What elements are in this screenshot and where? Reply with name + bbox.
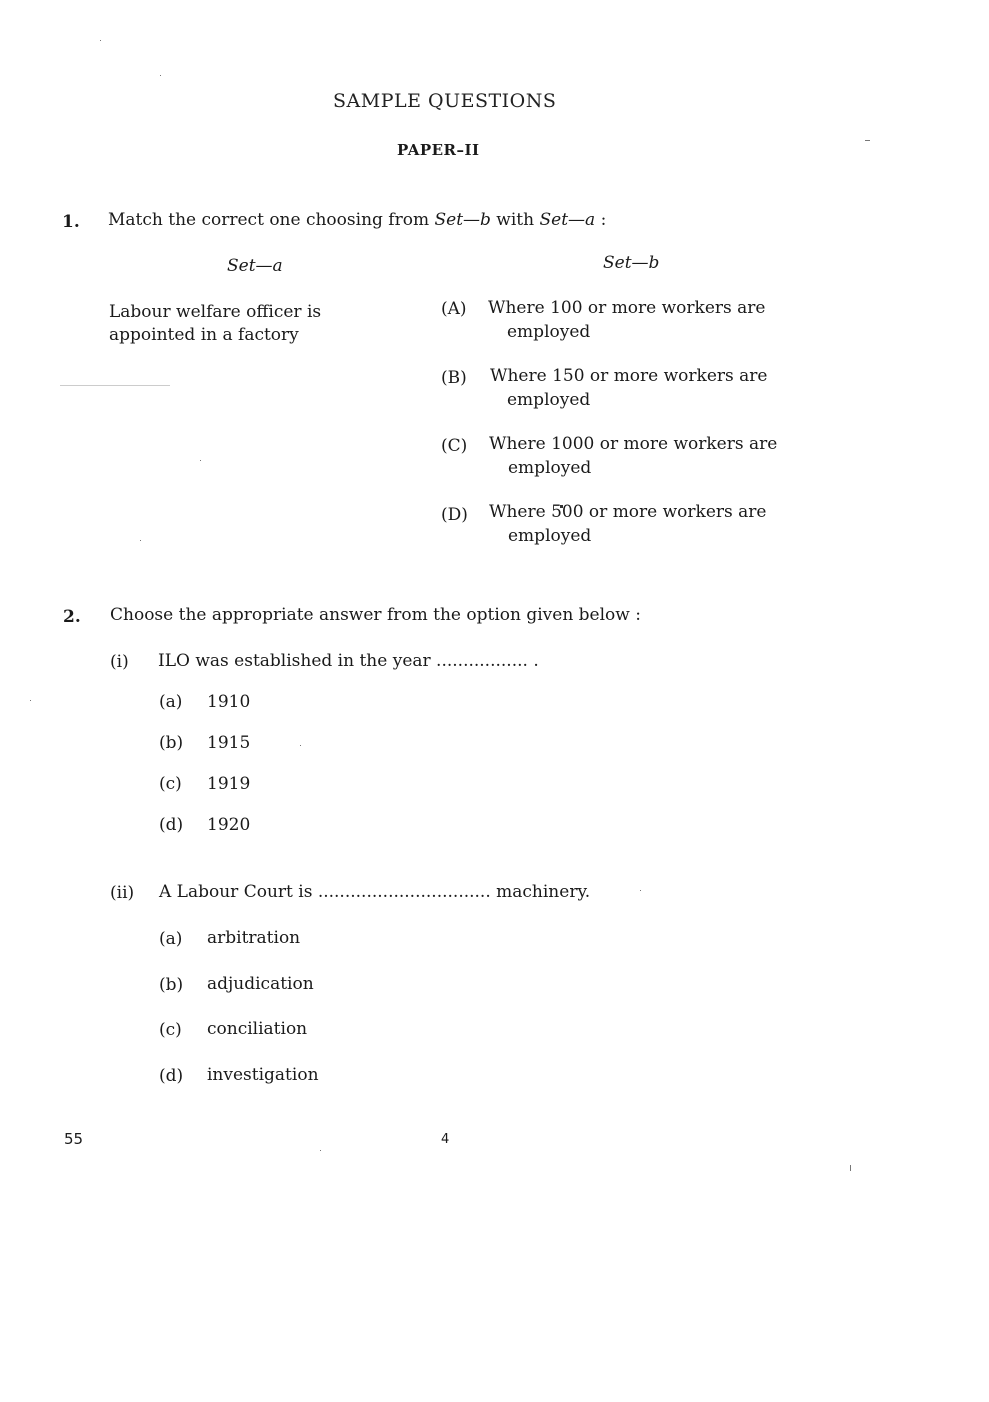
option-text: Where 150 or more workers are — [490, 366, 768, 386]
option-text: 1910 — [207, 692, 250, 712]
sub-question-text: ILO was established in the year ........… — [158, 651, 539, 671]
option-text: Where 100 or more workers are — [488, 298, 766, 318]
option-text: arbitration — [207, 928, 300, 948]
page-number: 4 — [441, 1132, 449, 1147]
option-text: 1919 — [207, 774, 250, 794]
question-prompt: Choose the appropriate answer from the o… — [110, 605, 641, 625]
sub-question-label: (ii) — [110, 883, 134, 903]
set-b-heading: Set—b — [603, 253, 659, 273]
option-text: Where 1000 or more workers are — [489, 434, 777, 454]
sub-question-text: A Labour Court is ......................… — [159, 882, 590, 902]
option-text: employed — [508, 526, 591, 546]
set-a-item-line: appointed in a factory — [109, 325, 299, 345]
option-label: (A) — [441, 299, 467, 319]
option-text: 1915 — [207, 733, 250, 753]
option-label: (b) — [159, 733, 183, 753]
paper-code: 55 — [64, 1130, 83, 1148]
prompt-text: with — [491, 210, 540, 230]
option-label: (b) — [159, 975, 183, 995]
question-prompt: Match the correct one choosing from Set—… — [108, 210, 606, 230]
option-label: (D) — [441, 505, 468, 525]
option-label: (a) — [159, 692, 182, 712]
set-a-item-line: Labour welfare officer is — [109, 302, 321, 322]
set-a-heading: Set—a — [227, 256, 283, 276]
option-text: 1920 — [207, 815, 250, 835]
option-text: employed — [507, 390, 590, 410]
option-label: (d) — [159, 1066, 183, 1086]
sub-question-label: (i) — [110, 652, 129, 672]
option-text: employed — [507, 322, 590, 342]
option-label: (a) — [159, 929, 182, 949]
option-text: employed — [508, 458, 591, 478]
paper-subtitle: PAPER–II — [397, 141, 480, 159]
prompt-set-b: Set—b — [434, 210, 490, 230]
option-text: adjudication — [207, 974, 314, 994]
option-label: (B) — [441, 368, 467, 388]
option-label: (C) — [441, 436, 467, 456]
prompt-text: Match the correct one choosing from — [108, 210, 434, 230]
option-label: (c) — [159, 1020, 182, 1040]
prompt-text: : — [595, 210, 606, 230]
option-label: (c) — [159, 774, 182, 794]
option-label: (d) — [159, 815, 183, 835]
option-text: investigation — [207, 1065, 319, 1085]
page-title: SAMPLE QUESTIONS — [333, 90, 556, 112]
question-number: 1. — [62, 212, 80, 232]
option-text: Where 500 or more workers are — [489, 502, 767, 522]
option-text: conciliation — [207, 1019, 307, 1039]
prompt-set-a: Set—a — [539, 210, 595, 230]
question-number: 2. — [63, 607, 81, 627]
